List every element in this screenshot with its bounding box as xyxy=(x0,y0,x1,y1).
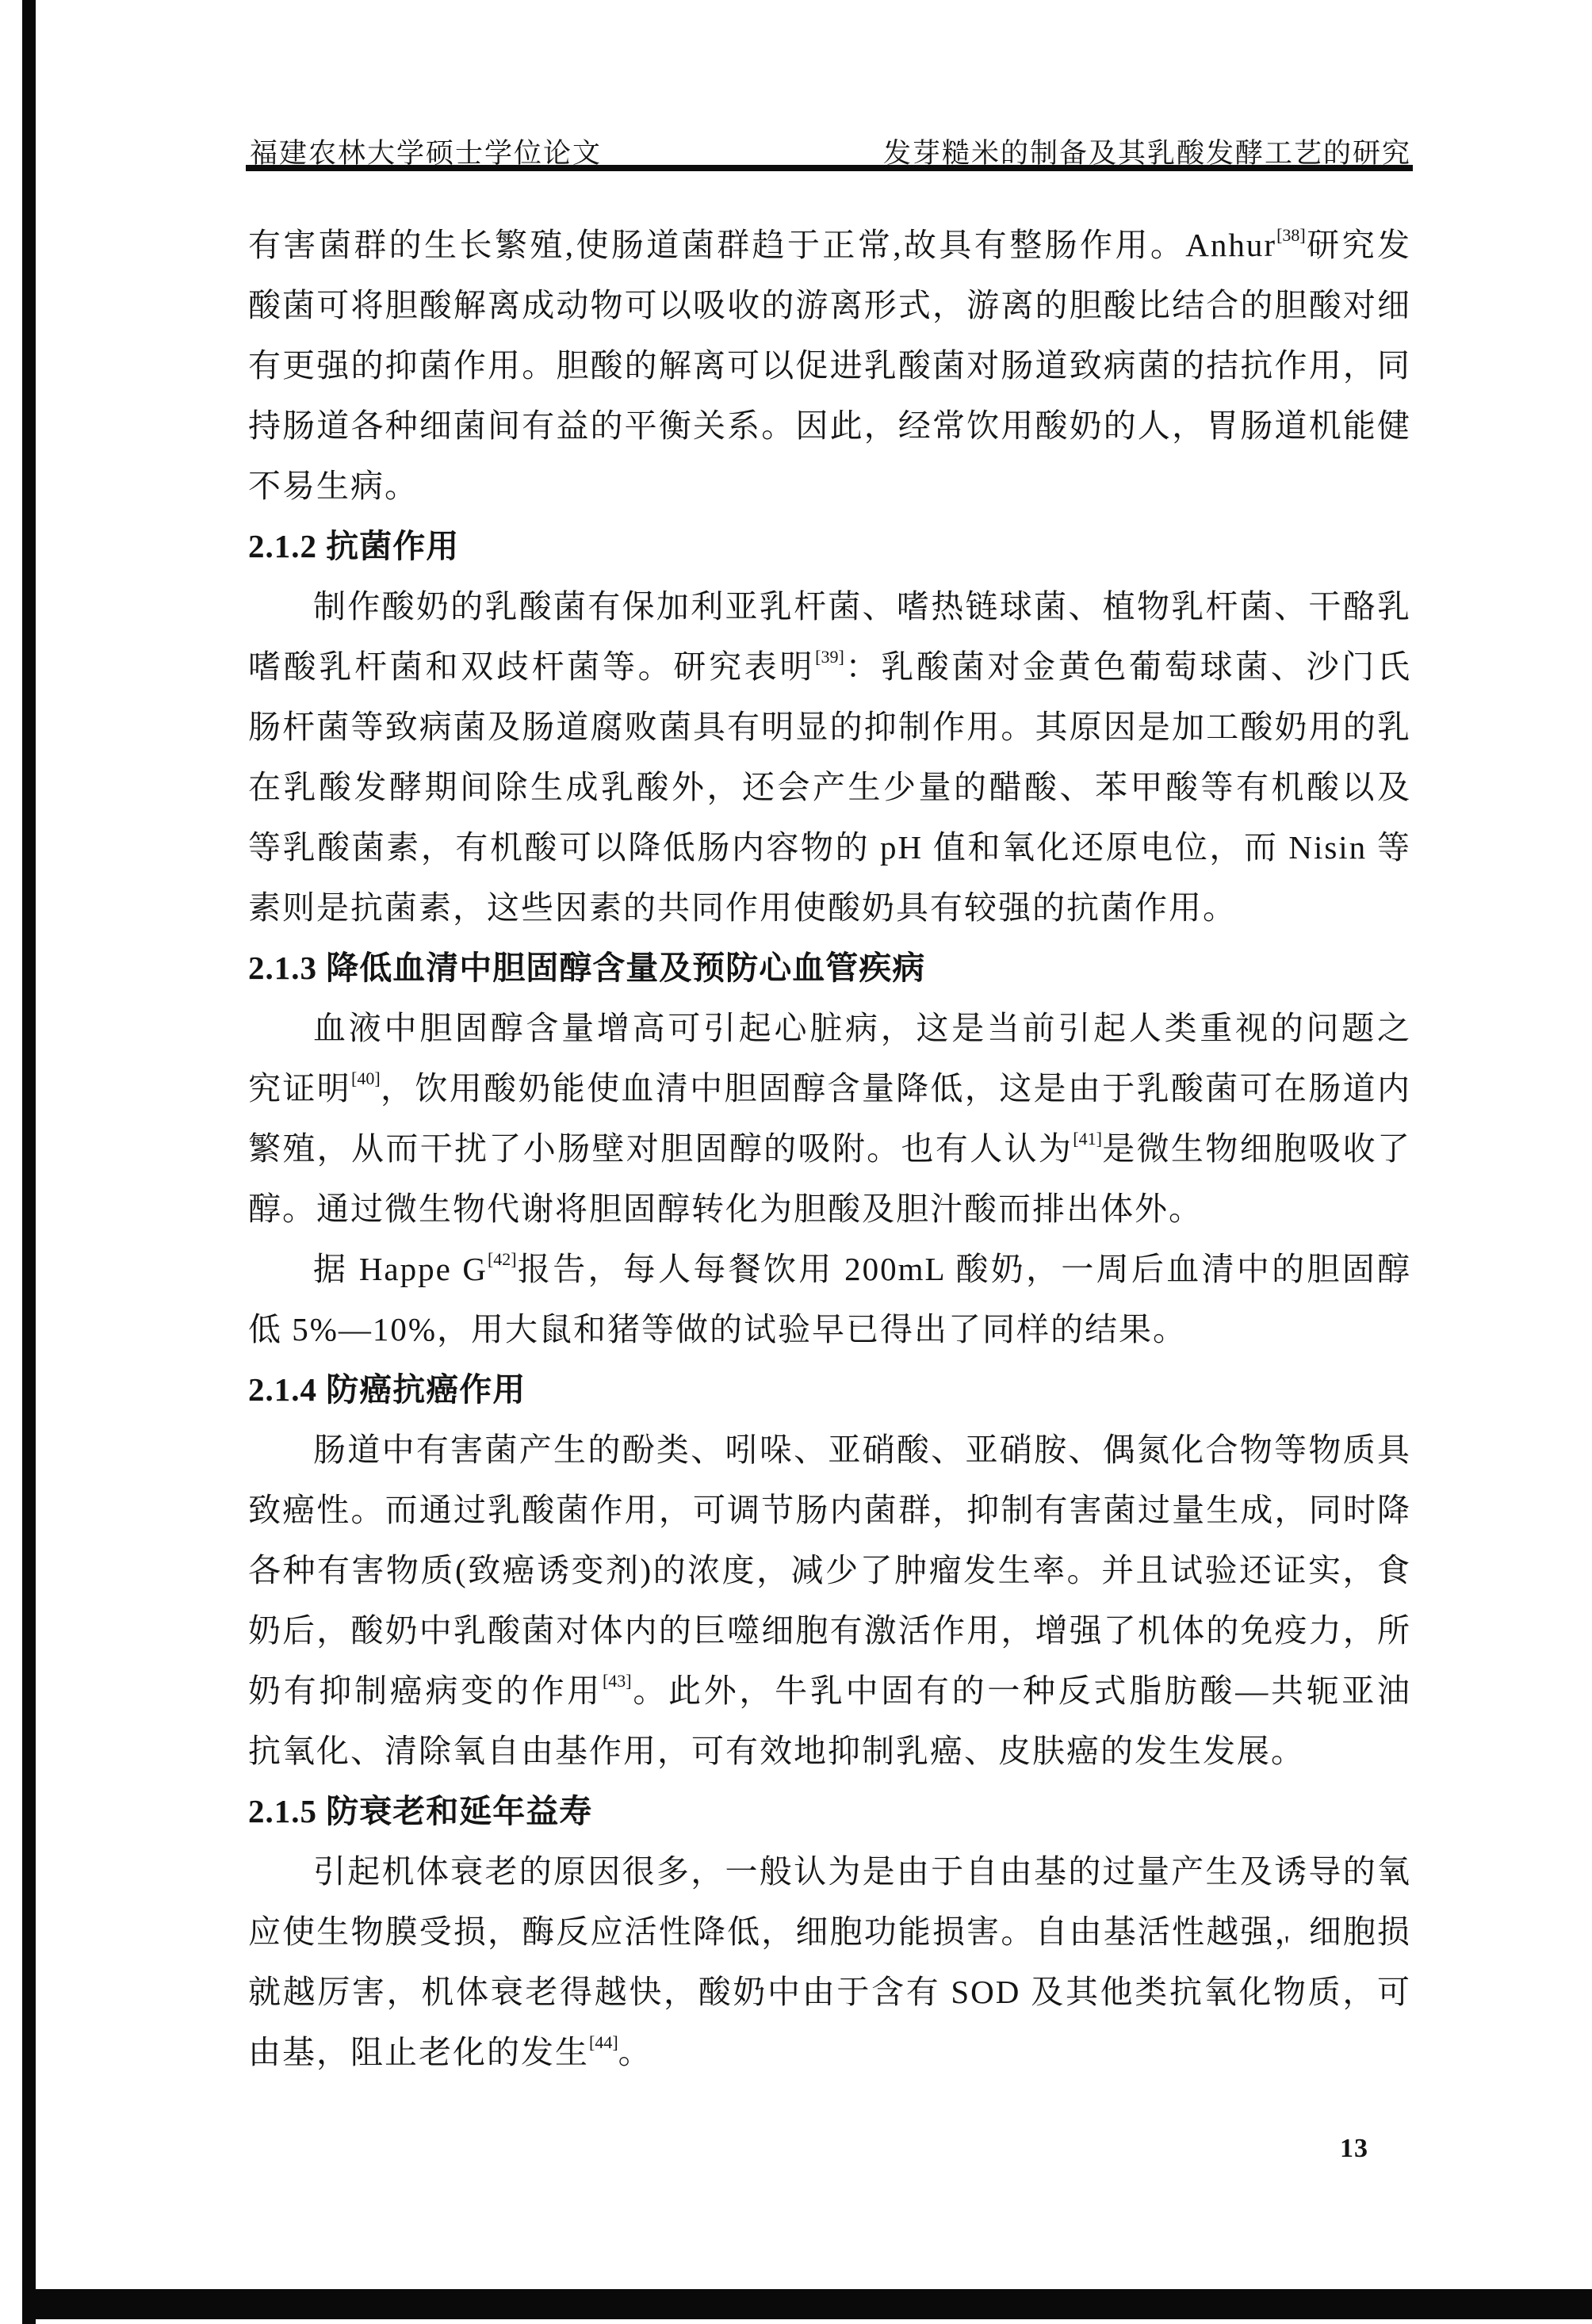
text-segment: 素则是抗菌素，这些因素的共同作用使酸奶具有较强的抗菌作用。 xyxy=(248,889,1237,926)
text-line: 各种有害物质(致癌诱变剂)的浓度，减少了肿瘤发生率。并且试验还证实，食用酸 xyxy=(248,1540,1411,1600)
text-segment: 不易生病。 xyxy=(248,468,419,504)
text-line: 就越厉害，机体衰老得越快，酸奶中由于含有 SOD 及其他类抗氧化物质，可消除自 xyxy=(248,1962,1411,2022)
text-line: 繁殖，从而干扰了小肠壁对胆固醇的吸附。也有人认为[41]是微生物细胞吸收了胆固 xyxy=(248,1118,1411,1179)
text-line: 嗜酸乳杆菌和双歧杆菌等。研究表明[39]：乳酸菌对金黄色葡萄球菌、沙门氏菌、大 xyxy=(248,636,1411,697)
citation-ref: [41] xyxy=(1073,1129,1102,1149)
text-segment: 。 xyxy=(618,2034,652,2070)
text-line: 由基，阻止老化的发生[44]。 xyxy=(248,2022,1411,2082)
citation-ref: [44] xyxy=(589,2032,618,2052)
scan-edge-bottom-bar xyxy=(22,2289,1592,2319)
text-segment: 繁殖，从而干扰了小肠壁对胆固醇的吸附。也有人认为 xyxy=(248,1130,1073,1167)
text-segment: 引起机体衰老的原因很多，一般认为是由于自由基的过量产生及诱导的氧化反 xyxy=(248,1853,1411,1902)
text-segment: 抗氧化、清除氧自由基作用，可有效地抑制乳癌、皮肤癌的发生发展。 xyxy=(248,1733,1305,1769)
scan-edge-left-bar xyxy=(22,0,36,2324)
text-segment: 2.1.4 防癌抗癌作用 xyxy=(248,1371,526,1408)
text-line: 肠道中有害菌产生的酚类、吲哚、亚硝酸、亚硝胺、偶氮化合物等物质具有强 xyxy=(248,1420,1411,1480)
text-line: 低 5%—10%，用大鼠和猪等做的试验早已得出了同样的结果。 xyxy=(248,1299,1411,1359)
text-segment: 制作酸奶的乳酸菌有保加利亚乳杆菌、嗜热链球菌、植物乳杆菌、干酪乳杆菌、 xyxy=(248,588,1411,636)
text-segment: 有害菌群的生长繁殖,使肠道菌群趋于正常,故具有整肠作用。Anhur xyxy=(248,227,1276,263)
thesis-page: 福建农林大学硕士学位论文 发芽糙米的制备及其乳酸发酵工艺的研究 有害菌群的生长繁… xyxy=(0,0,1592,2324)
citation-ref: [43] xyxy=(603,1671,632,1691)
text-segment: 各种有害物质(致癌诱变剂)的浓度，减少了肿瘤发生率。并且试验还证实，食用酸 xyxy=(248,1552,1411,1600)
text-line: 应使生物膜受损，酶反应活性降低，细胞功能损害。自由基活性越强，细胞损伤得 xyxy=(248,1902,1411,1962)
text-line: 制作酸奶的乳酸菌有保加利亚乳杆菌、嗜热链球菌、植物乳杆菌、干酪乳杆菌、 xyxy=(248,576,1411,636)
text-line: 究证明[40]，饮用酸奶能使血清中胆固醇含量降低，这是由于乳酸菌可在肠道内吸附、 xyxy=(248,1058,1411,1118)
text-line: 引起机体衰老的原因很多，一般认为是由于自由基的过量产生及诱导的氧化反 xyxy=(248,1841,1411,1902)
text-segment: 奶后，酸奶中乳酸菌对体内的巨噬细胞有激活作用，增强了机体的免疫力，所以酸 xyxy=(248,1612,1411,1661)
page-number: 13 xyxy=(1340,2134,1368,2164)
text-segment: 由基，阻止老化的发生 xyxy=(248,2034,589,2070)
text-line: 奶后，酸奶中乳酸菌对体内的巨噬细胞有激活作用，增强了机体的免疫力，所以酸 xyxy=(248,1600,1411,1661)
text-segment: 应使生物膜受损，酶反应活性降低，细胞功能损害。自由基活性越强，细胞损伤得 xyxy=(248,1913,1411,1962)
text-segment: 醇。通过微生物代谢将胆固醇转化为胆酸及胆汁酸而排出体外。 xyxy=(248,1191,1203,1227)
section-heading: 2.1.4 防癌抗癌作用 xyxy=(248,1359,1411,1420)
stray-mark: ' xyxy=(1284,1931,1289,1961)
text-segment: 等乳酸菌素，有机酸可以降低肠内容物的 pH 值和氧化还原电位，而 Nisin 等… xyxy=(248,829,1411,877)
text-segment: 奶有抑制癌病变的作用 xyxy=(248,1672,603,1709)
text-line: 抗氧化、清除氧自由基作用，可有效地抑制乳癌、皮肤癌的发生发展。 xyxy=(248,1721,1411,1781)
text-line: 素则是抗菌素，这些因素的共同作用使酸奶具有较强的抗菌作用。 xyxy=(248,877,1411,938)
text-segment: 肠道中有害菌产生的酚类、吲哚、亚硝酸、亚硝胺、偶氮化合物等物质具有强 xyxy=(248,1431,1411,1480)
text-segment: 嗜酸乳杆菌和双歧杆菌等。研究表明 xyxy=(248,648,815,685)
text-line: 有害菌群的生长繁殖,使肠道菌群趋于正常,故具有整肠作用。Anhur[38]研究发… xyxy=(248,215,1411,275)
text-line: 不易生病。 xyxy=(248,456,1411,516)
citation-ref: [39] xyxy=(815,647,844,667)
text-segment: 持肠道各种细菌间有益的平衡关系。因此，经常饮用酸奶的人，胃肠道机能健全， xyxy=(248,407,1411,456)
text-segment: 2.1.2 抗菌作用 xyxy=(248,528,459,564)
text-line: 肠杆菌等致病菌及肠道腐败菌具有明显的抑制作用。其原因是加工酸奶用的乳酸菌 xyxy=(248,697,1411,757)
text-line: 持肠道各种细菌间有益的平衡关系。因此，经常饮用酸奶的人，胃肠道机能健全， xyxy=(248,396,1411,456)
text-line: 致癌性。而通过乳酸菌作用，可调节肠内菌群，抑制有害菌过量生成，同时降低了 xyxy=(248,1480,1411,1540)
section-heading: 2.1.3 降低血清中胆固醇含量及预防心血管疾病 xyxy=(248,938,1411,998)
text-line: 酸菌可将胆酸解离成动物可以吸收的游离形式，游离的胆酸比结合的胆酸对细菌具 xyxy=(248,275,1411,335)
text-segment: 肠杆菌等致病菌及肠道腐败菌具有明显的抑制作用。其原因是加工酸奶用的乳酸菌 xyxy=(248,709,1411,757)
text-segment: 据 Happe G xyxy=(313,1251,488,1287)
text-segment: 究证明 xyxy=(248,1070,351,1107)
text-segment: 酸菌可将胆酸解离成动物可以吸收的游离形式，游离的胆酸比结合的胆酸对细菌具 xyxy=(248,287,1411,335)
text-segment: 低 5%—10%，用大鼠和猪等做的试验早已得出了同样的结果。 xyxy=(248,1311,1187,1347)
text-segment: 2.1.5 防衰老和延年益寿 xyxy=(248,1793,592,1829)
text-line: 醇。通过微生物代谢将胆固醇转化为胆酸及胆汁酸而排出体外。 xyxy=(248,1179,1411,1239)
citation-ref: [42] xyxy=(488,1249,517,1269)
text-segment: ，饮用酸奶能使血清中胆固醇含量降低，这是由于乳酸菌可在肠道内吸附、 xyxy=(248,1070,1411,1118)
text-line: 等乳酸菌素，有机酸可以降低肠内容物的 pH 值和氧化还原电位，而 Nisin 等… xyxy=(248,817,1411,877)
citation-ref: [40] xyxy=(351,1068,381,1088)
text-line: 在乳酸发酵期间除生成乳酸外，还会产生少量的醋酸、苯甲酸等有机酸以及 Nisin xyxy=(248,757,1411,817)
section-heading: 2.1.2 抗菌作用 xyxy=(248,516,1411,576)
citation-ref: [38] xyxy=(1276,225,1306,245)
text-line: 奶有抑制癌病变的作用[43]。此外，牛乳中固有的一种反式脂肪酸—共轭亚油酸，有 xyxy=(248,1661,1411,1721)
header-rule xyxy=(246,165,1413,171)
text-segment: 在乳酸发酵期间除生成乳酸外，还会产生少量的醋酸、苯甲酸等有机酸以及 Nisin xyxy=(248,769,1411,817)
text-segment: 有更强的抑菌作用。胆酸的解离可以促进乳酸菌对肠道致病菌的拮抗作用，同时维 xyxy=(248,347,1411,396)
text-segment: 血液中胆固醇含量增高可引起心脏病，这是当前引起人类重视的问题之一。研 xyxy=(248,1010,1411,1058)
text-segment: 就越厉害，机体衰老得越快，酸奶中由于含有 SOD 及其他类抗氧化物质，可消除自 xyxy=(248,1974,1411,2022)
text-line: 有更强的抑菌作用。胆酸的解离可以促进乳酸菌对肠道致病菌的拮抗作用，同时维 xyxy=(248,335,1411,396)
text-block: 有害菌群的生长繁殖,使肠道菌群趋于正常,故具有整肠作用。Anhur[38]研究发… xyxy=(248,215,1411,2082)
section-heading: 2.1.5 防衰老和延年益寿 xyxy=(248,1781,1411,1841)
text-segment: 2.1.3 降低血清中胆固醇含量及预防心血管疾病 xyxy=(248,950,925,986)
text-segment: 致癌性。而通过乳酸菌作用，可调节肠内菌群，抑制有害菌过量生成，同时降低了 xyxy=(248,1492,1411,1540)
text-line: 血液中胆固醇含量增高可引起心脏病，这是当前引起人类重视的问题之一。研 xyxy=(248,998,1411,1058)
text-line: 据 Happe G[42]报告，每人每餐饮用 200mL 酸奶，一周后血清中的胆… xyxy=(248,1239,1411,1299)
